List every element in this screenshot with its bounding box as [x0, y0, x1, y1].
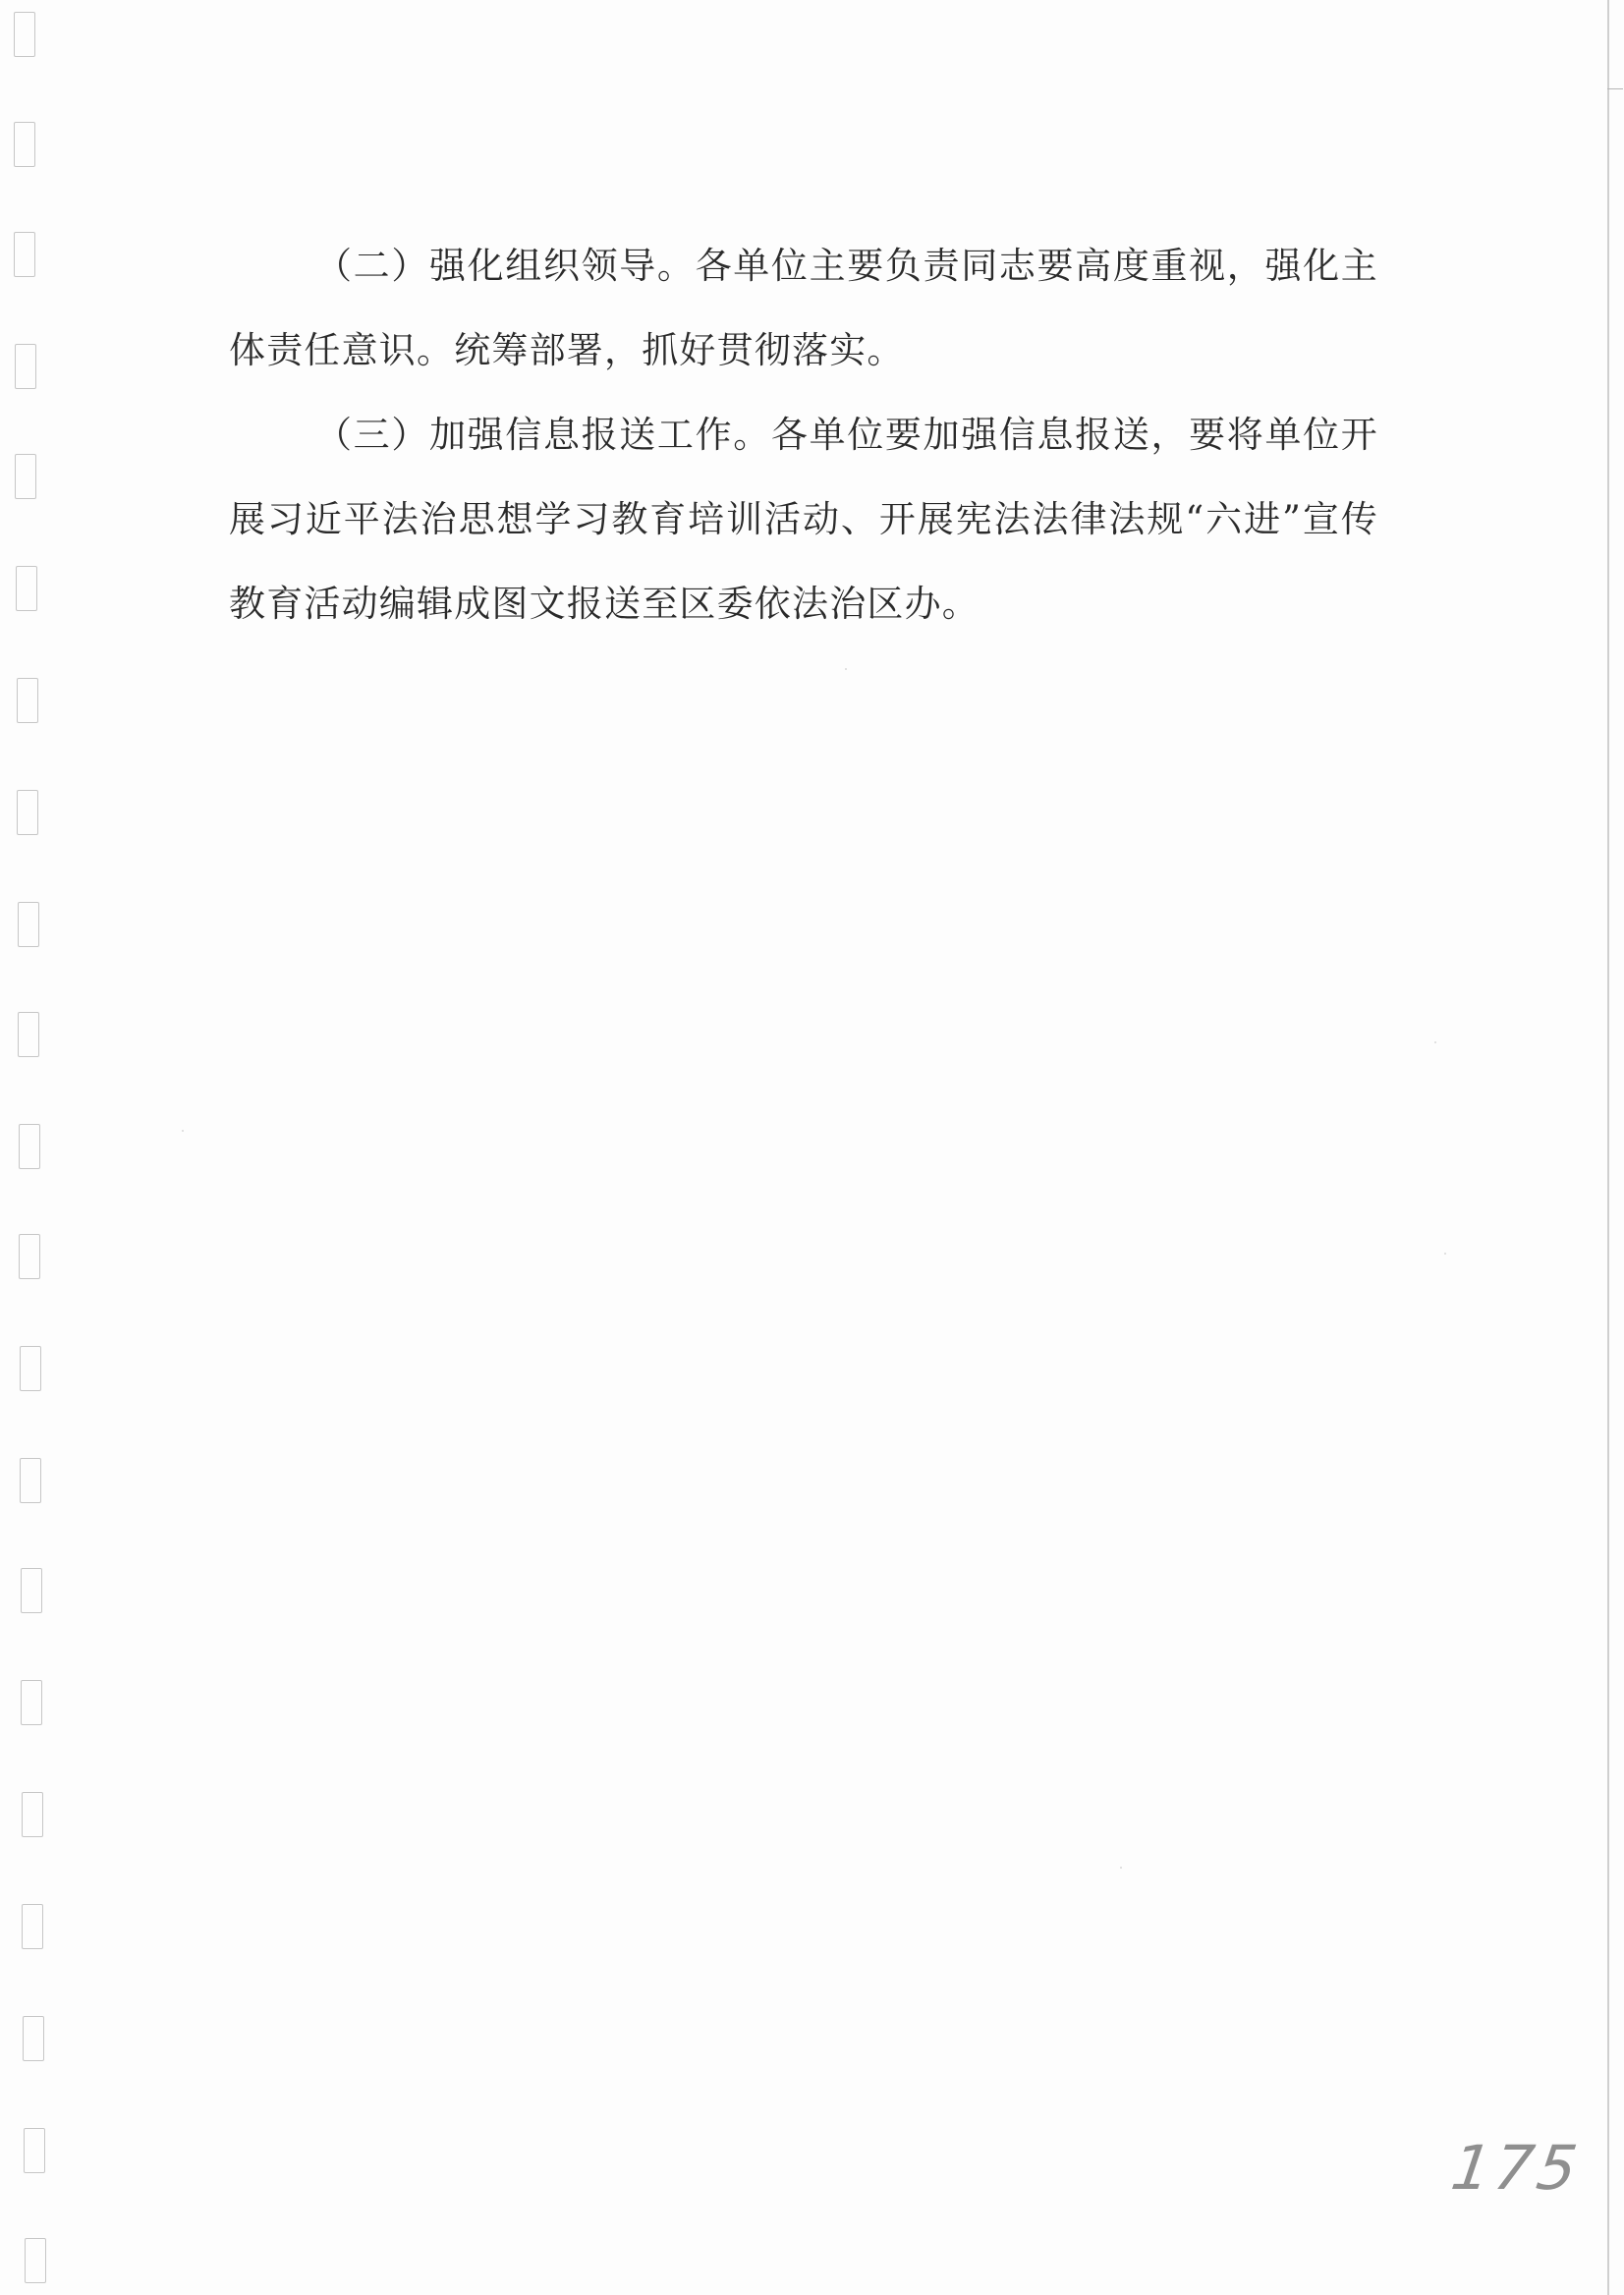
binding-hole-icon	[16, 566, 37, 611]
binding-hole-icon	[22, 1792, 43, 1837]
binding-hole-icon	[19, 1234, 40, 1279]
scan-speck	[1434, 1041, 1436, 1043]
binding-hole-icon	[24, 2128, 45, 2173]
scan-edge-line	[1607, 0, 1609, 2295]
binding-hole-icon	[15, 344, 36, 389]
binding-hole-icon	[17, 678, 38, 723]
scan-edge-tick	[1607, 88, 1623, 89]
paragraph-section-3: （三）加强信息报送工作。各单位要加强信息报送，要将单位开展习近平法治思想学习教育…	[229, 393, 1378, 646]
binding-hole-icon	[20, 1458, 41, 1503]
binding-hole-icon	[25, 2238, 46, 2283]
binding-hole-icon	[17, 790, 38, 835]
binding-hole-icon	[14, 12, 35, 57]
binding-hole-icon	[21, 1568, 42, 1613]
binding-hole-icon	[19, 1124, 40, 1169]
binding-hole-icon	[22, 1904, 43, 1949]
binding-hole-icon	[15, 454, 36, 499]
binding-hole-icon	[21, 1680, 42, 1725]
handwritten-page-number: 175	[1447, 2132, 1586, 2204]
binding-hole-icon	[18, 902, 39, 947]
binding-hole-icon	[14, 232, 35, 277]
binding-hole-icon	[20, 1346, 41, 1391]
paragraph-section-2: （二）强化组织领导。各单位主要负责同志要高度重视，强化主体责任意识。统筹部署，抓…	[229, 224, 1378, 393]
binding-hole-icon	[18, 1012, 39, 1057]
scan-speck	[1444, 1253, 1446, 1255]
binding-hole-marks	[0, 0, 59, 2295]
binding-hole-icon	[14, 122, 35, 167]
scan-speck	[182, 1130, 184, 1132]
document-body: （二）强化组织领导。各单位主要负责同志要高度重视，强化主体责任意识。统筹部署，抓…	[229, 224, 1378, 646]
scan-speck	[1120, 1867, 1122, 1869]
scan-speck	[845, 668, 847, 670]
binding-hole-icon	[23, 2016, 44, 2061]
scanned-document-page: （二）强化组织领导。各单位主要负责同志要高度重视，强化主体责任意识。统筹部署，抓…	[0, 0, 1624, 2295]
